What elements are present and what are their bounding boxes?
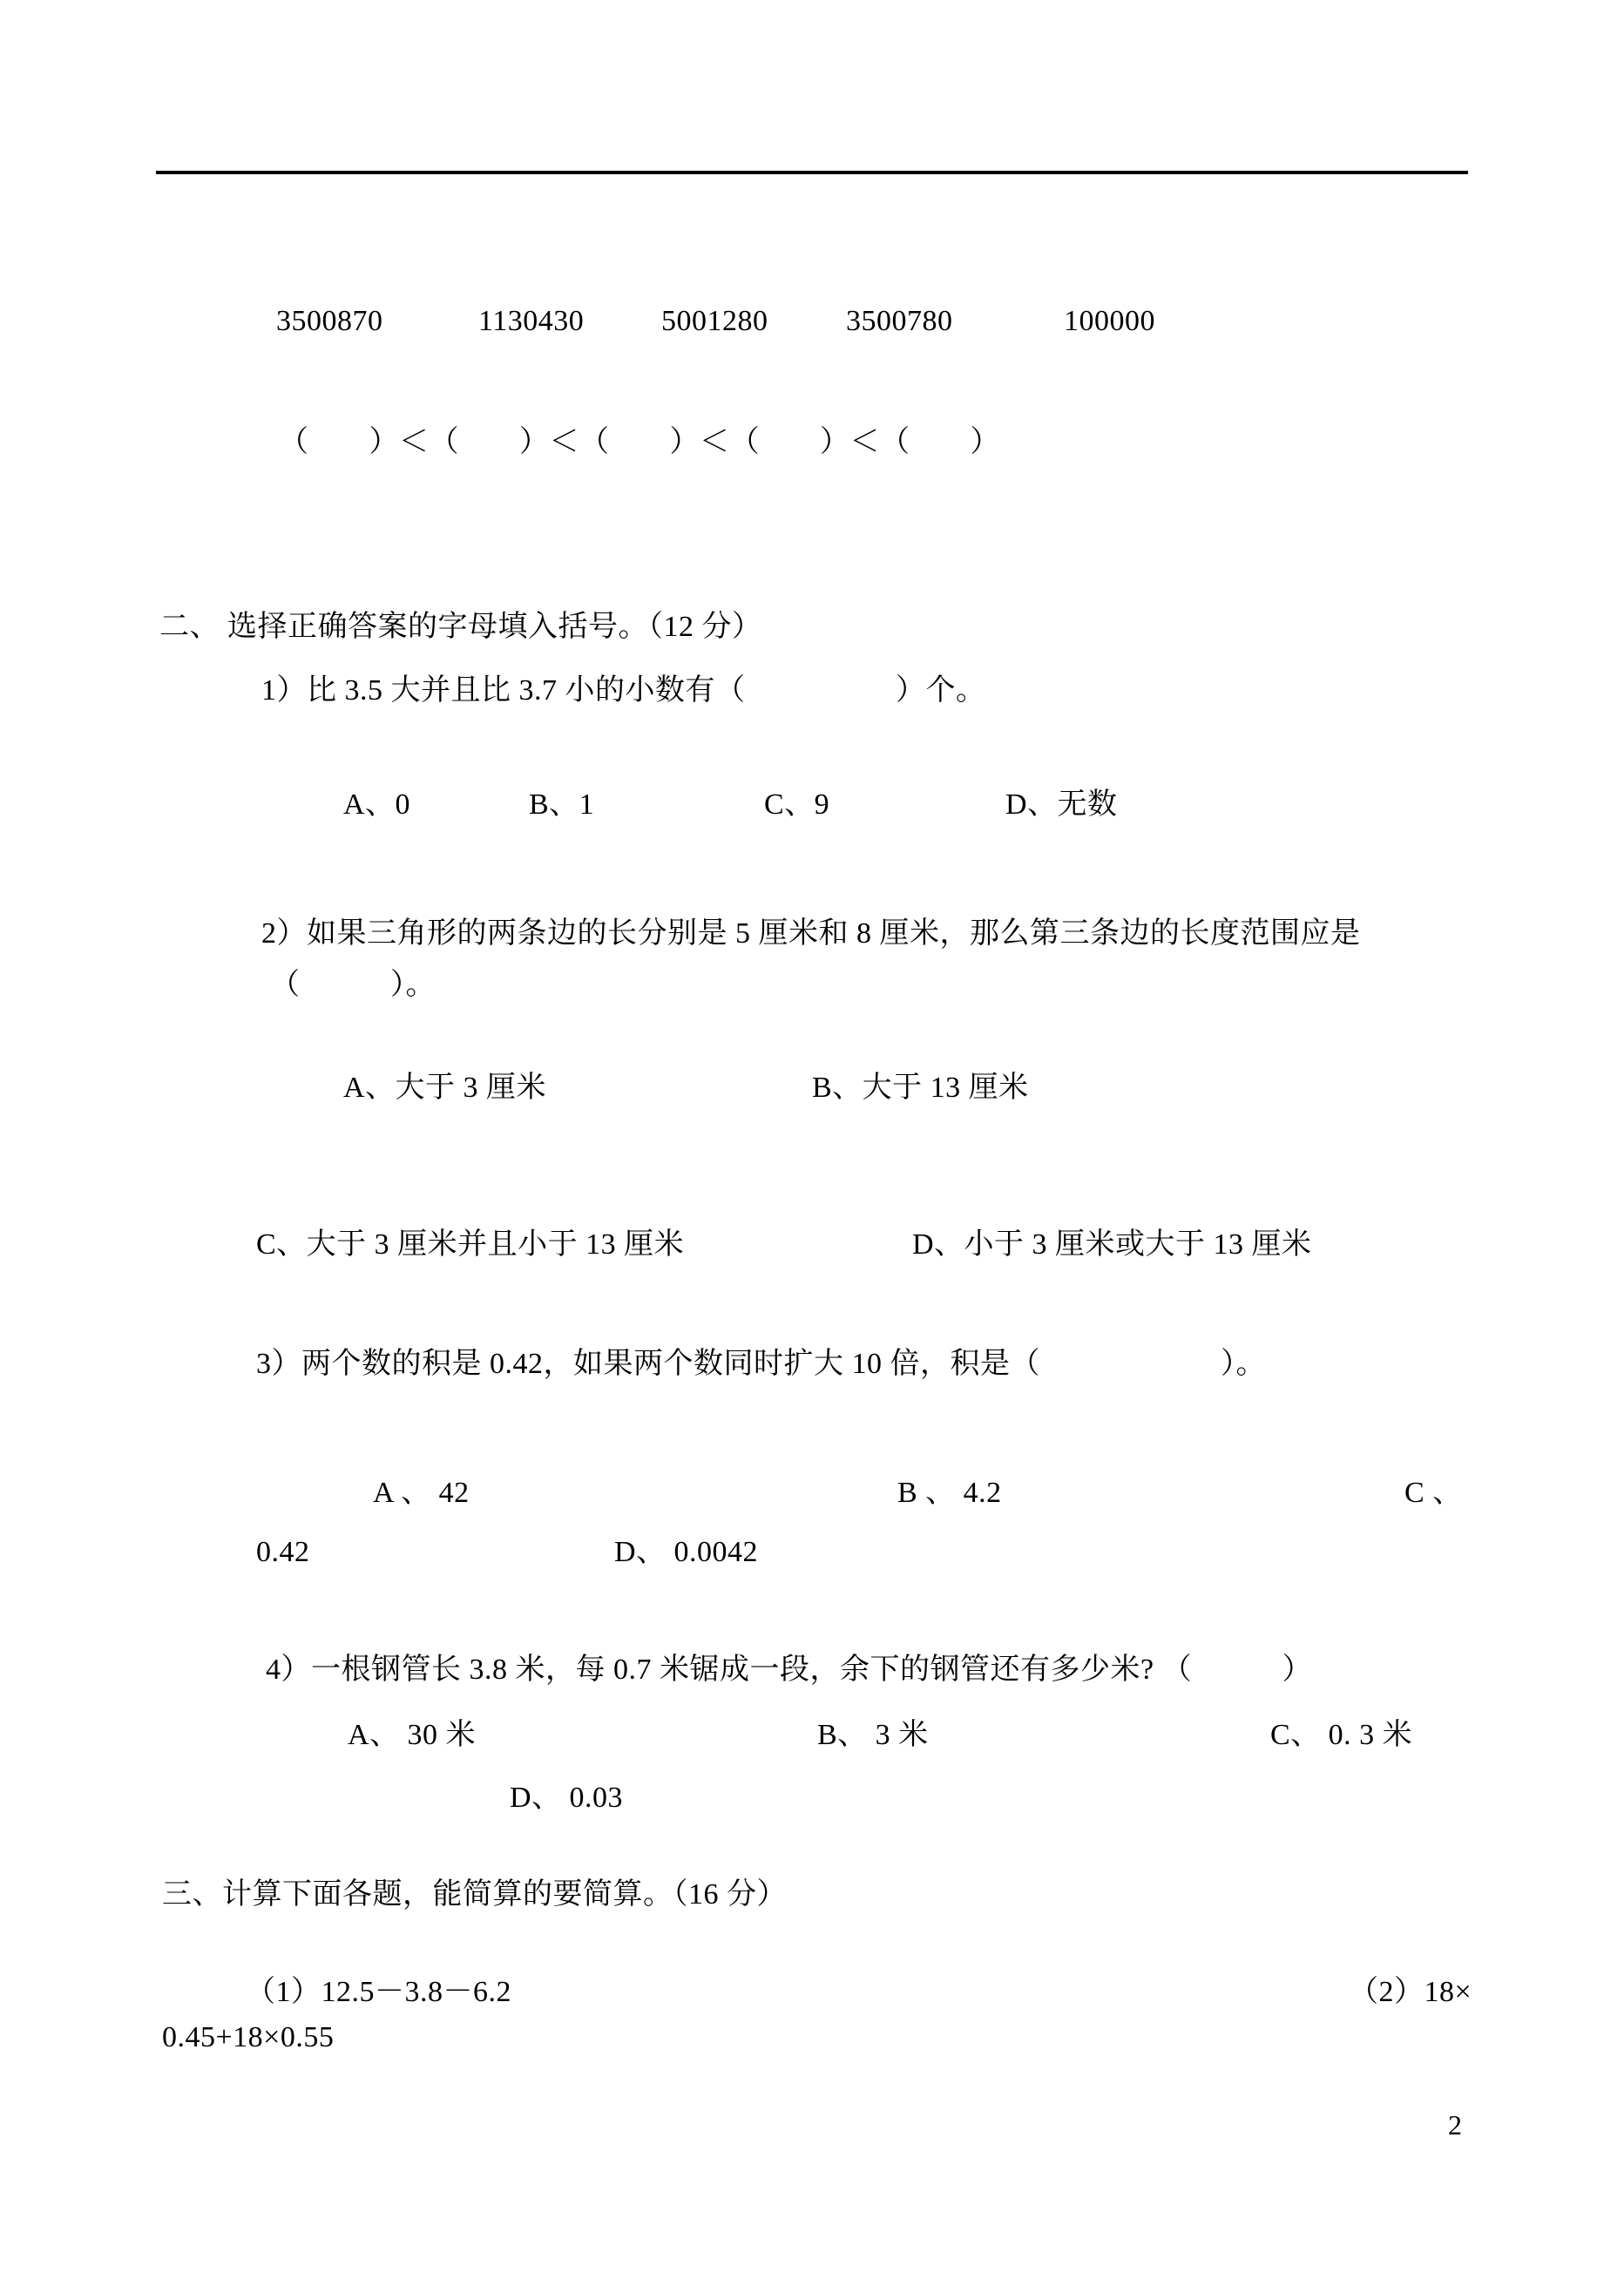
section-two-heading: 二、 选择正确答案的字母填入括号。（12 分） <box>159 609 762 646</box>
compare-number-1: 3500870 <box>276 303 383 340</box>
header-rule <box>156 171 1468 174</box>
page-number: 2 <box>1448 2107 1463 2143</box>
q2-stem: 2）如果三角形的两条边的长分别是 5 厘米和 8 厘米，那么第三条边的长度范围应… <box>261 916 1361 952</box>
q1-option-c: C、9 <box>764 787 829 823</box>
compare-number-3: 5001280 <box>661 303 768 340</box>
calc-item-2: （2）18× <box>1349 1974 1472 2011</box>
q2-stem-continuation: （ ）。 <box>270 967 436 1004</box>
q4-option-c: C、 0. 3 米 <box>1270 1717 1412 1754</box>
q2-option-b: B、大于 13 厘米 <box>812 1070 1029 1106</box>
q3-option-c: C 、 <box>1404 1475 1463 1512</box>
section-three-heading: 三、计算下面各题，能简算的要简算。（16 分） <box>162 1877 787 1913</box>
compare-number-2: 1130430 <box>478 303 584 340</box>
q1-option-b: B、1 <box>529 787 594 823</box>
compare-number-4: 3500780 <box>846 303 953 340</box>
q1-option-a: A、0 <box>343 787 410 823</box>
calc-item-2-continuation: 0.45+18×0.55 <box>162 2019 334 2056</box>
q3-stem: 3）两个数的积是 0.42，如果两个数同时扩大 10 倍，积是（ ）。 <box>256 1346 1266 1383</box>
q3-option-d: D、 0.0042 <box>614 1534 758 1571</box>
comparison-blanks-line: （ ）＜（ ）＜（ ）＜（ ）＜（ ） <box>279 424 1000 461</box>
q3-option-c-continuation: 0.42 <box>256 1534 310 1571</box>
q2-option-d: D、小于 3 厘米或大于 13 厘米 <box>912 1227 1312 1263</box>
q4-stem: 4）一根钢管长 3.8 米，每 0.7 米锯成一段，余下的钢管还有多少米? （ … <box>266 1652 1312 1688</box>
compare-number-5: 100000 <box>1064 303 1155 340</box>
q4-option-d: D、 0.03 <box>510 1780 623 1816</box>
q4-option-a: A、 30 米 <box>348 1717 476 1754</box>
q2-option-a: A、大于 3 厘米 <box>343 1070 546 1106</box>
q3-option-b: B 、 4.2 <box>897 1475 1002 1512</box>
q3-option-a: A 、 42 <box>373 1475 470 1512</box>
q4-option-b: B、 3 米 <box>817 1717 929 1754</box>
calc-item-1: （1）12.5－3.8－6.2 <box>246 1974 511 2011</box>
q2-option-c: C、大于 3 厘米并且小于 13 厘米 <box>256 1227 684 1263</box>
q1-stem: 1）比 3.5 大并且比 3.7 小的小数有（ ）个。 <box>261 673 986 709</box>
q1-option-d: D、无数 <box>1005 787 1118 823</box>
document-page: 3500870 1130430 5001280 3500780 100000 （… <box>0 0 1624 2293</box>
